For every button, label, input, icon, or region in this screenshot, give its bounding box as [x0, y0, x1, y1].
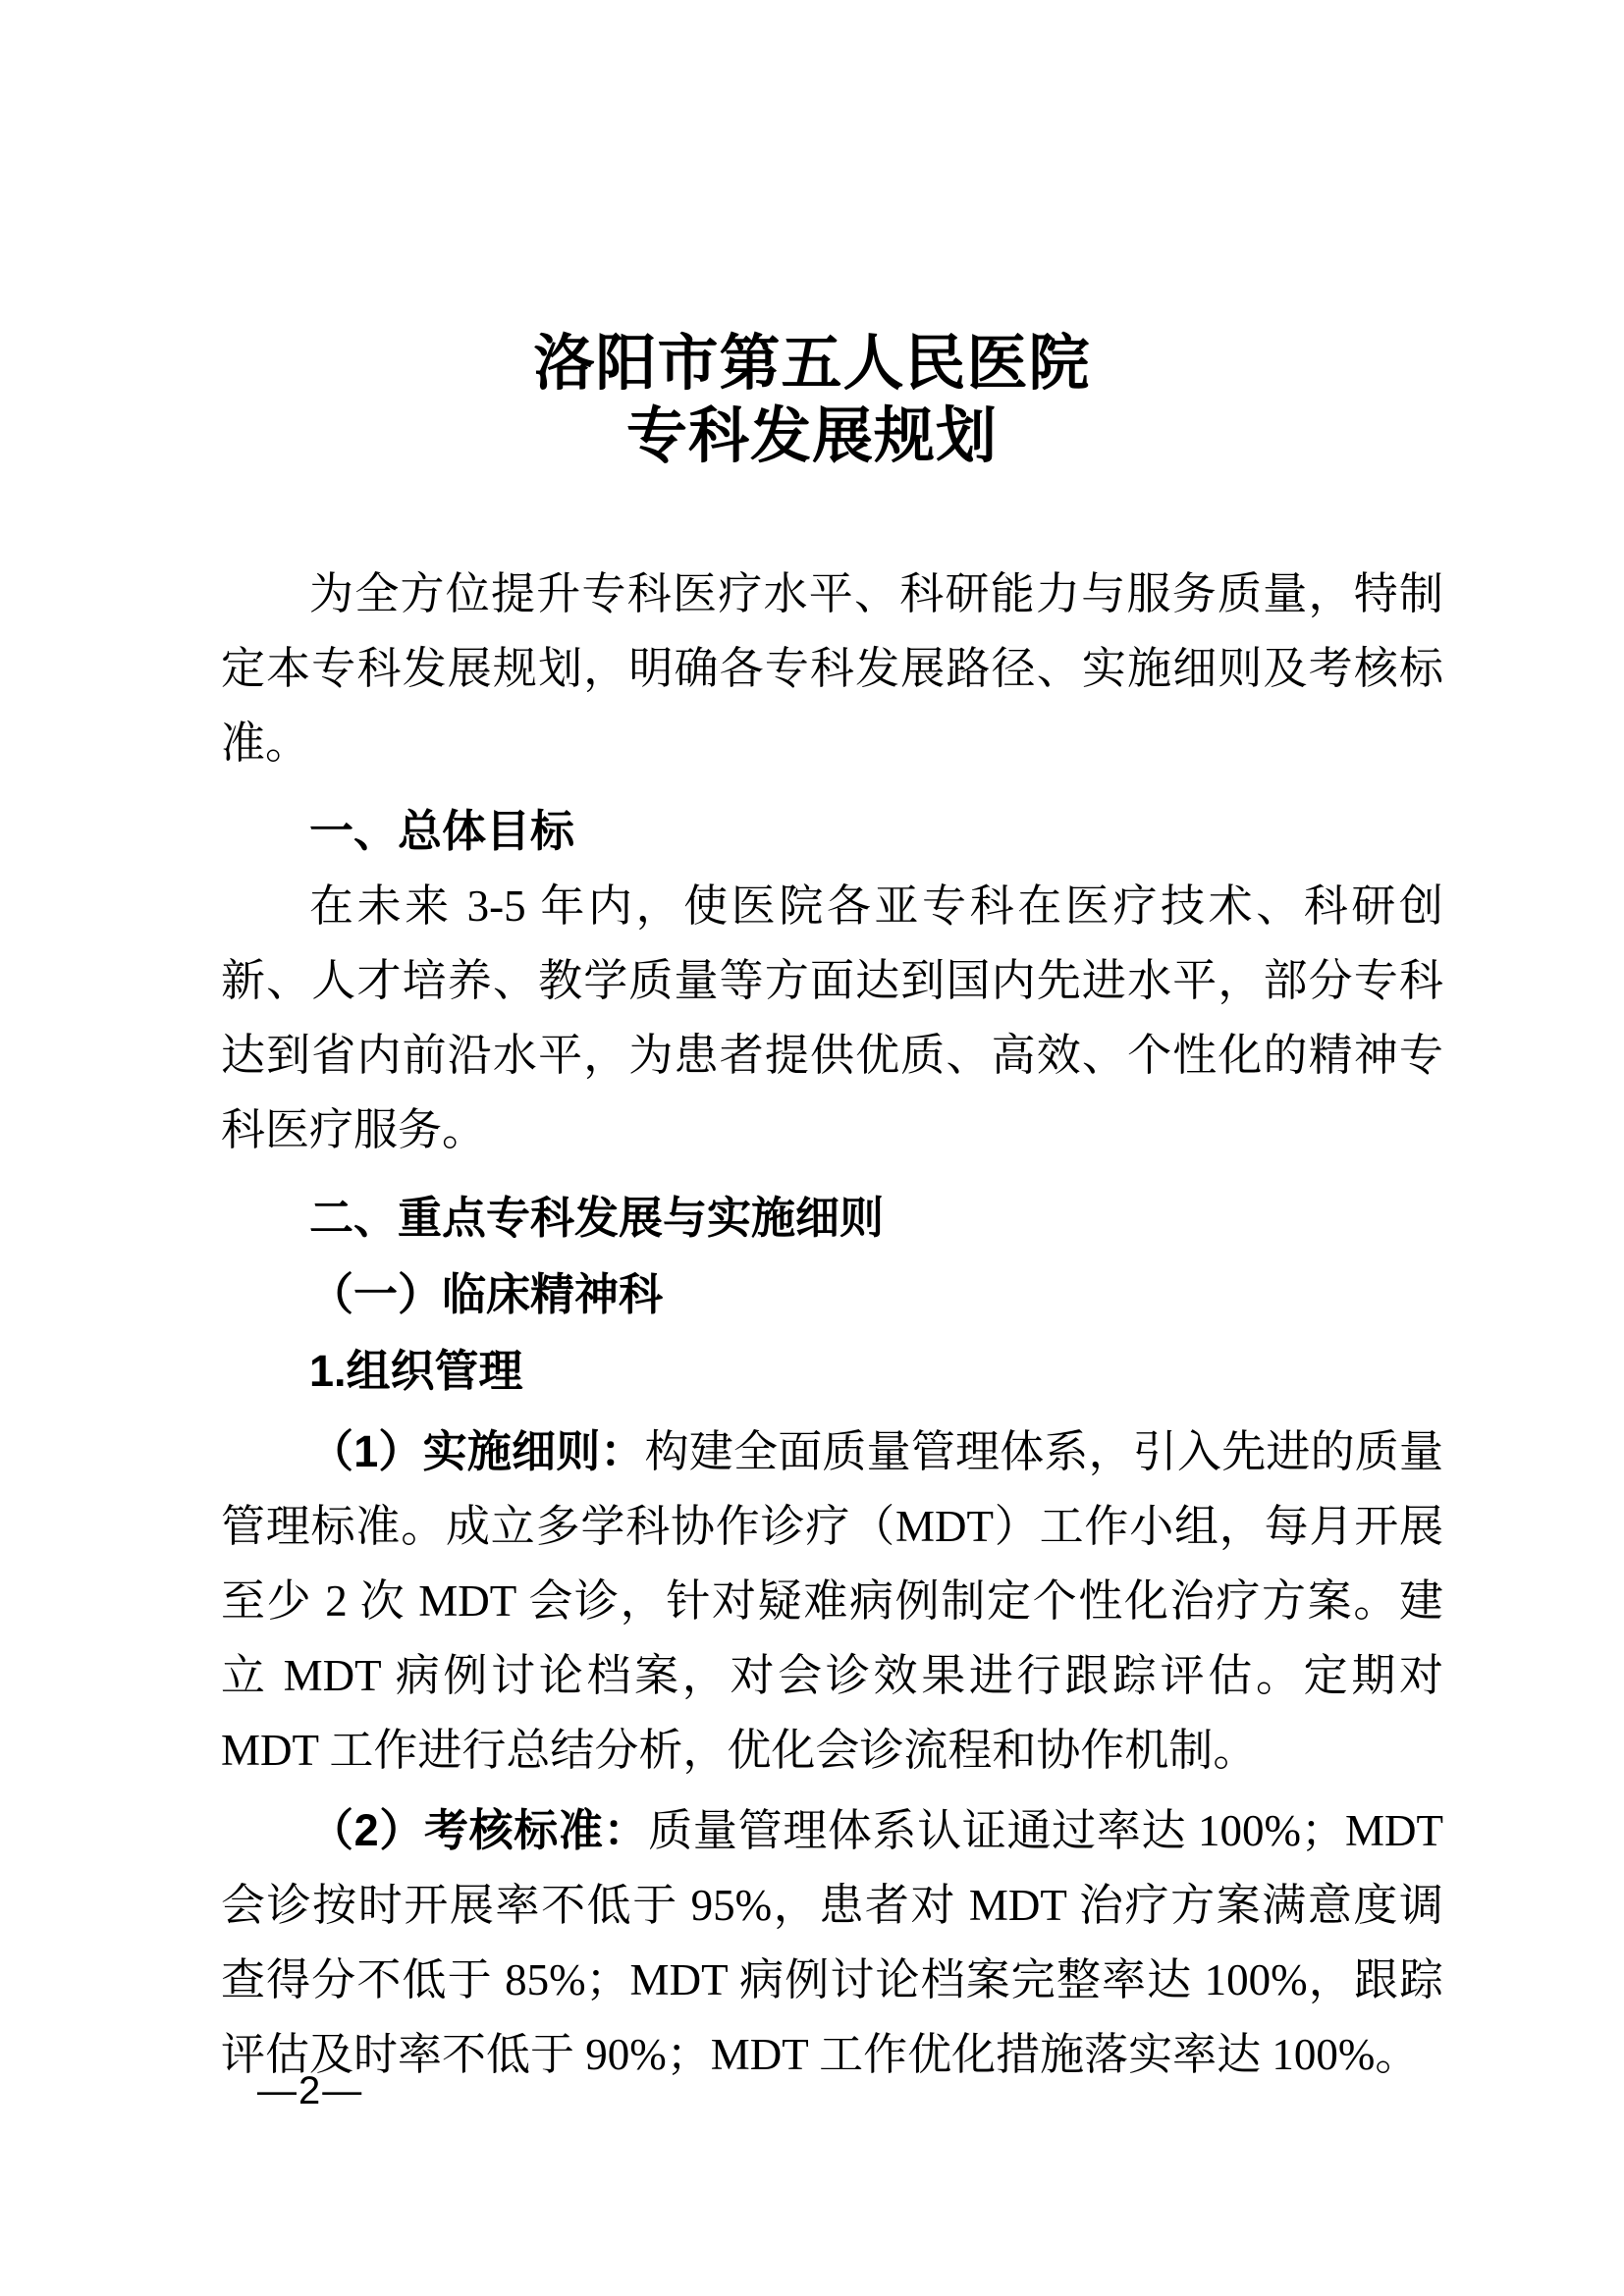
- implementation-rules-lead: （1）实施细则：: [309, 1426, 645, 1476]
- document-page: 洛阳市第五人民医院 专科发展规划 为全方位提升专科医疗水平、科研能力与服务质量，…: [0, 0, 1624, 2296]
- assessment-criteria-paragraph: （2）考核标准：质量管理体系认证通过率达 100%；MDT 会诊按时开展率不低于…: [221, 1793, 1443, 2092]
- subsection-heading-clinical-psychiatry: （一）临床精神科: [221, 1257, 1443, 1332]
- doc-title-line2: 专科发展规划: [0, 400, 1624, 473]
- doc-title: 洛阳市第五人民医院 专科发展规划: [0, 328, 1624, 473]
- implementation-rules-text: 构建全面质量管理体系，引入先进的质量管理标准。成立多学科协作诊疗（MDT）工作小…: [221, 1427, 1443, 1775]
- doc-title-line1: 洛阳市第五人民医院: [0, 328, 1624, 400]
- item-heading-org-management: 1.组织管理: [221, 1334, 1443, 1409]
- intro-paragraph: 为全方位提升专科医疗水平、科研能力与服务质量，特制定本专科发展规划，明确各专科发…: [221, 557, 1443, 780]
- assessment-criteria-lead: （2）考核标准：: [309, 1805, 648, 1855]
- section-heading-key-specialties: 二、重点专科发展与实施细则: [221, 1181, 1443, 1255]
- overall-goals-paragraph: 在未来 3-5 年内，使医院各亚专科在医疗技术、科研创新、人才培养、教学质量等方…: [221, 869, 1443, 1167]
- doc-body: 为全方位提升专科医疗水平、科研能力与服务质量，特制定本专科发展规划，明确各专科发…: [221, 557, 1443, 2092]
- page-number: —2—: [257, 2069, 363, 2112]
- section-heading-overall-goals: 一、总体目标: [221, 794, 1443, 869]
- implementation-rules-paragraph: （1）实施细则：构建全面质量管理体系，引入先进的质量管理标准。成立多学科协作诊疗…: [221, 1415, 1443, 1788]
